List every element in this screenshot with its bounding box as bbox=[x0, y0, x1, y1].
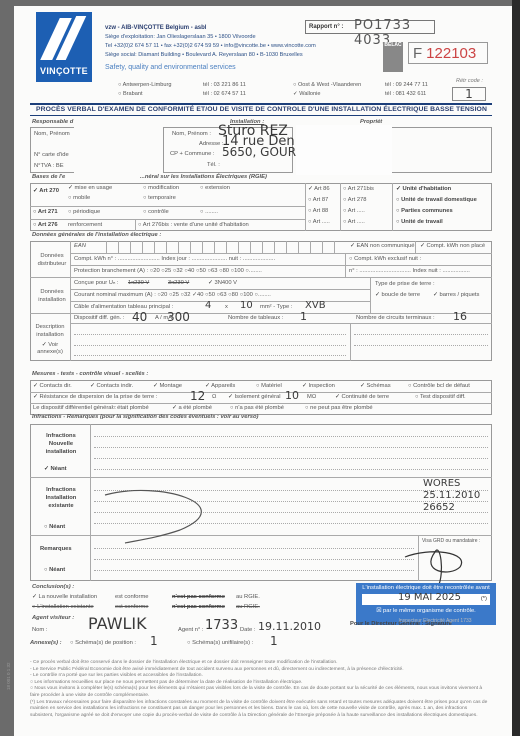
region-brabant[interactable]: Brabant bbox=[118, 91, 203, 100]
art-87-checkbox[interactable]: Art 87 bbox=[308, 197, 328, 203]
scan-edge bbox=[512, 0, 520, 736]
bases-heading: Bases de l'e bbox=[32, 174, 65, 180]
unite-travail-domestique-checkbox[interactable]: Unité de travail domestique bbox=[396, 197, 477, 203]
org-header: vzw - AIB-VINÇOTTE Belgium - asbl Siège … bbox=[105, 24, 316, 72]
footer-option-schemas[interactable]: ○ Nous vous invitons à compléter le(s) s… bbox=[30, 686, 490, 699]
contacts-indir-checkbox[interactable]: Contacts indir. bbox=[90, 383, 133, 389]
continuite-checkbox[interactable]: Continuité de terre bbox=[335, 394, 389, 400]
parties-communes-checkbox[interactable]: Parties communes bbox=[396, 208, 453, 214]
retour-code-label: Rétr code : bbox=[456, 78, 483, 84]
art-278-checkbox[interactable]: Art 278 bbox=[343, 197, 367, 203]
option-1x230v[interactable]: 1x230 V bbox=[128, 280, 149, 286]
schema-unifilaire-count[interactable]: 1 bbox=[270, 634, 278, 648]
protection-options[interactable]: Protection branchement (A) : ○20 ○25 ○32… bbox=[74, 268, 262, 274]
option-mise-en-usage[interactable]: mise en usage bbox=[68, 185, 112, 191]
isolement-field[interactable]: 10 bbox=[285, 389, 299, 402]
schema-position-count[interactable]: 1 bbox=[150, 634, 158, 648]
option-extension[interactable]: extension bbox=[200, 185, 230, 191]
inspection-checkbox[interactable]: Inspection bbox=[302, 383, 335, 389]
barres-piquets-checkbox[interactable]: barres / piquets bbox=[433, 292, 479, 298]
nouvelle-installation-checkbox[interactable]: La nouvelle installation bbox=[32, 594, 97, 600]
resistance-field[interactable]: 12 bbox=[190, 389, 205, 403]
remarques-label: Remarques bbox=[40, 546, 72, 552]
distributeur-label: Données distributeur bbox=[36, 252, 68, 268]
ean-field[interactable] bbox=[95, 241, 345, 253]
art-276-checkbox[interactable]: Art 276 bbox=[33, 222, 58, 228]
retour-code-field[interactable]: 1 bbox=[452, 87, 486, 101]
neant-existante-checkbox[interactable]: Néant bbox=[44, 524, 65, 530]
option-mobile[interactable]: mobile bbox=[68, 195, 90, 201]
unite-habitation-checkbox[interactable]: Unité d'habitation bbox=[396, 186, 451, 192]
art-270-checkbox[interactable]: Art 270 bbox=[33, 188, 59, 194]
contacts-dir-checkbox[interactable]: Contacts dir. bbox=[33, 383, 72, 389]
handwritten-note: WORES 25.11.2010 26652 bbox=[423, 478, 480, 514]
ean-non-communique-checkbox[interactable]: EAN non communiqué bbox=[350, 243, 414, 249]
circuits-field[interactable]: 16 bbox=[453, 310, 467, 323]
strike-through-mark bbox=[100, 485, 210, 545]
meme-organisme-checkbox[interactable]: ☒ par le même organisme de contrôle. bbox=[356, 608, 496, 614]
na-pas-ete-plombe-radio[interactable]: n'a pas été plombé bbox=[230, 405, 284, 411]
conclusion-heading: Conclusion(s) : bbox=[32, 584, 74, 590]
rapport-field[interactable]: Rapport n° : PO1733 4033 bbox=[305, 20, 435, 34]
responsable-heading: Responsable d bbox=[32, 119, 73, 125]
description-label: Description installation bbox=[32, 323, 68, 339]
paper-overlay bbox=[296, 125, 392, 175]
agent-date-field[interactable]: 19.11.2010 bbox=[258, 620, 321, 633]
schemas-checkbox[interactable]: Schémas bbox=[360, 383, 391, 389]
agent-number-field[interactable]: 1733 bbox=[205, 618, 238, 633]
materiel-checkbox[interactable]: Matériel bbox=[256, 383, 282, 389]
ne-peut-pas-etre-plombe-radio[interactable]: ne peut pas être plombé bbox=[305, 405, 373, 411]
schema-unifilaire-checkbox[interactable]: Schéma(s) unifilaire(s) : bbox=[187, 640, 253, 646]
boucle-de-terre-checkbox[interactable]: boucle de terre bbox=[375, 292, 420, 298]
form-number: F122103 bbox=[408, 42, 488, 64]
compt-non-place-checkbox[interactable]: Compt. kWh non placé bbox=[420, 243, 485, 249]
compt-exclusif-checkbox[interactable]: Compt. kWh exclusif nuit : bbox=[349, 256, 421, 262]
recontrole-date-field[interactable]: 19 MAI 2025 (*) bbox=[362, 594, 490, 605]
installation-existante-checkbox[interactable]: L'installation existante bbox=[32, 604, 94, 610]
belac-logo: BELAC bbox=[383, 42, 403, 72]
infractions-existante-label: Infractions Installation existante bbox=[34, 486, 88, 510]
test-diff-checkbox[interactable]: Test dispositif diff. bbox=[415, 394, 466, 400]
agent-stamp: Inspecteur Electricité Agent 1733 bbox=[380, 618, 490, 650]
page-title: PROCÈS VERBAL D'EXAMEN DE CONFORMITÉ ET/… bbox=[36, 106, 487, 113]
agent-nom-field[interactable]: PAWLIK bbox=[88, 614, 147, 633]
option-controle[interactable]: contrôle bbox=[143, 209, 169, 215]
cable-n-field[interactable]: 4 bbox=[205, 300, 211, 311]
option-3x230v[interactable]: 3x230 V bbox=[168, 280, 189, 286]
infractions-nouvelle-label: Infractions Nouvelle installation bbox=[34, 432, 88, 456]
unite-travail-checkbox[interactable]: Unité de travail bbox=[396, 219, 443, 225]
neant-nouvelle-checkbox[interactable]: Néant bbox=[44, 466, 67, 472]
installation-data-label: Données installation bbox=[36, 288, 68, 304]
regions: Antwerpen-Limburg tél : 03 221 86 11 Oos… bbox=[118, 82, 445, 100]
footer-notes: - Ce procès verbal doit être conservé da… bbox=[30, 660, 490, 719]
region-antwerpen[interactable]: Antwerpen-Limburg bbox=[118, 82, 203, 91]
annexes-heading: Annexe(s) : bbox=[30, 640, 62, 646]
cable-type-field[interactable]: XVB bbox=[305, 300, 326, 311]
region-oost-west[interactable]: Oost & West -Vlaanderen bbox=[293, 82, 385, 91]
neant-remarques-checkbox[interactable]: Néant bbox=[44, 567, 65, 573]
mesures-heading: Mesures - tests - contrôle visuel - scel… bbox=[32, 371, 148, 377]
compteur-field[interactable]: Compt. kWh n° : ........................… bbox=[74, 256, 275, 262]
option-3n400v[interactable]: 3N400 V bbox=[208, 280, 237, 286]
option-periodique[interactable]: périodique bbox=[68, 209, 100, 215]
tableaux-field[interactable]: 1 bbox=[300, 310, 307, 323]
divider bbox=[30, 115, 492, 116]
agent-heading: Agent visiteur : bbox=[32, 615, 74, 621]
art-271-checkbox[interactable]: Art 271 bbox=[33, 209, 58, 215]
etait-plombe-radio[interactable]: était plombé bbox=[112, 405, 149, 411]
side-code: 18 001 0 1 32 bbox=[6, 662, 11, 690]
courant-options[interactable]: Courant nominal maximum (A) : ○20 ○25 ○3… bbox=[74, 292, 271, 298]
controle-boucle-checkbox[interactable]: Contrôle bcl de défaut bbox=[408, 383, 470, 389]
voir-annexe-checkbox[interactable]: Voir annexe(s) bbox=[32, 342, 68, 356]
art-88-checkbox[interactable]: Art 88 bbox=[308, 208, 328, 214]
donnees-heading: Données générales de l'installation élec… bbox=[32, 232, 161, 238]
art-86-checkbox[interactable]: Art 86 bbox=[308, 186, 330, 192]
proprietaire-box bbox=[392, 127, 492, 173]
dispositif-a-field[interactable]: 40 bbox=[132, 310, 147, 324]
a-ete-plombe-radio[interactable]: a été plombé bbox=[172, 405, 212, 411]
montage-checkbox[interactable]: Montage bbox=[153, 383, 182, 389]
appareils-checkbox[interactable]: Appareils bbox=[205, 383, 235, 389]
vincotte-logo: VINÇOTTE bbox=[36, 12, 92, 82]
option-temporaire[interactable]: temporaire bbox=[143, 195, 176, 201]
art-271bis-checkbox[interactable]: Art 271bis bbox=[343, 186, 374, 192]
option-modification[interactable]: modification bbox=[143, 185, 179, 191]
schema-position-checkbox[interactable]: Schéma(s) de position : bbox=[70, 640, 136, 646]
region-wallonie[interactable]: Wallonie bbox=[293, 91, 385, 100]
infractions-heading: Infractions - Remarques (pour la signifi… bbox=[32, 414, 258, 420]
divider bbox=[30, 103, 492, 105]
cable-section-field[interactable]: 10 bbox=[240, 300, 253, 311]
art-276bis-checkbox[interactable]: Art 276bis : vente d'une unité d'habitat… bbox=[138, 222, 249, 228]
